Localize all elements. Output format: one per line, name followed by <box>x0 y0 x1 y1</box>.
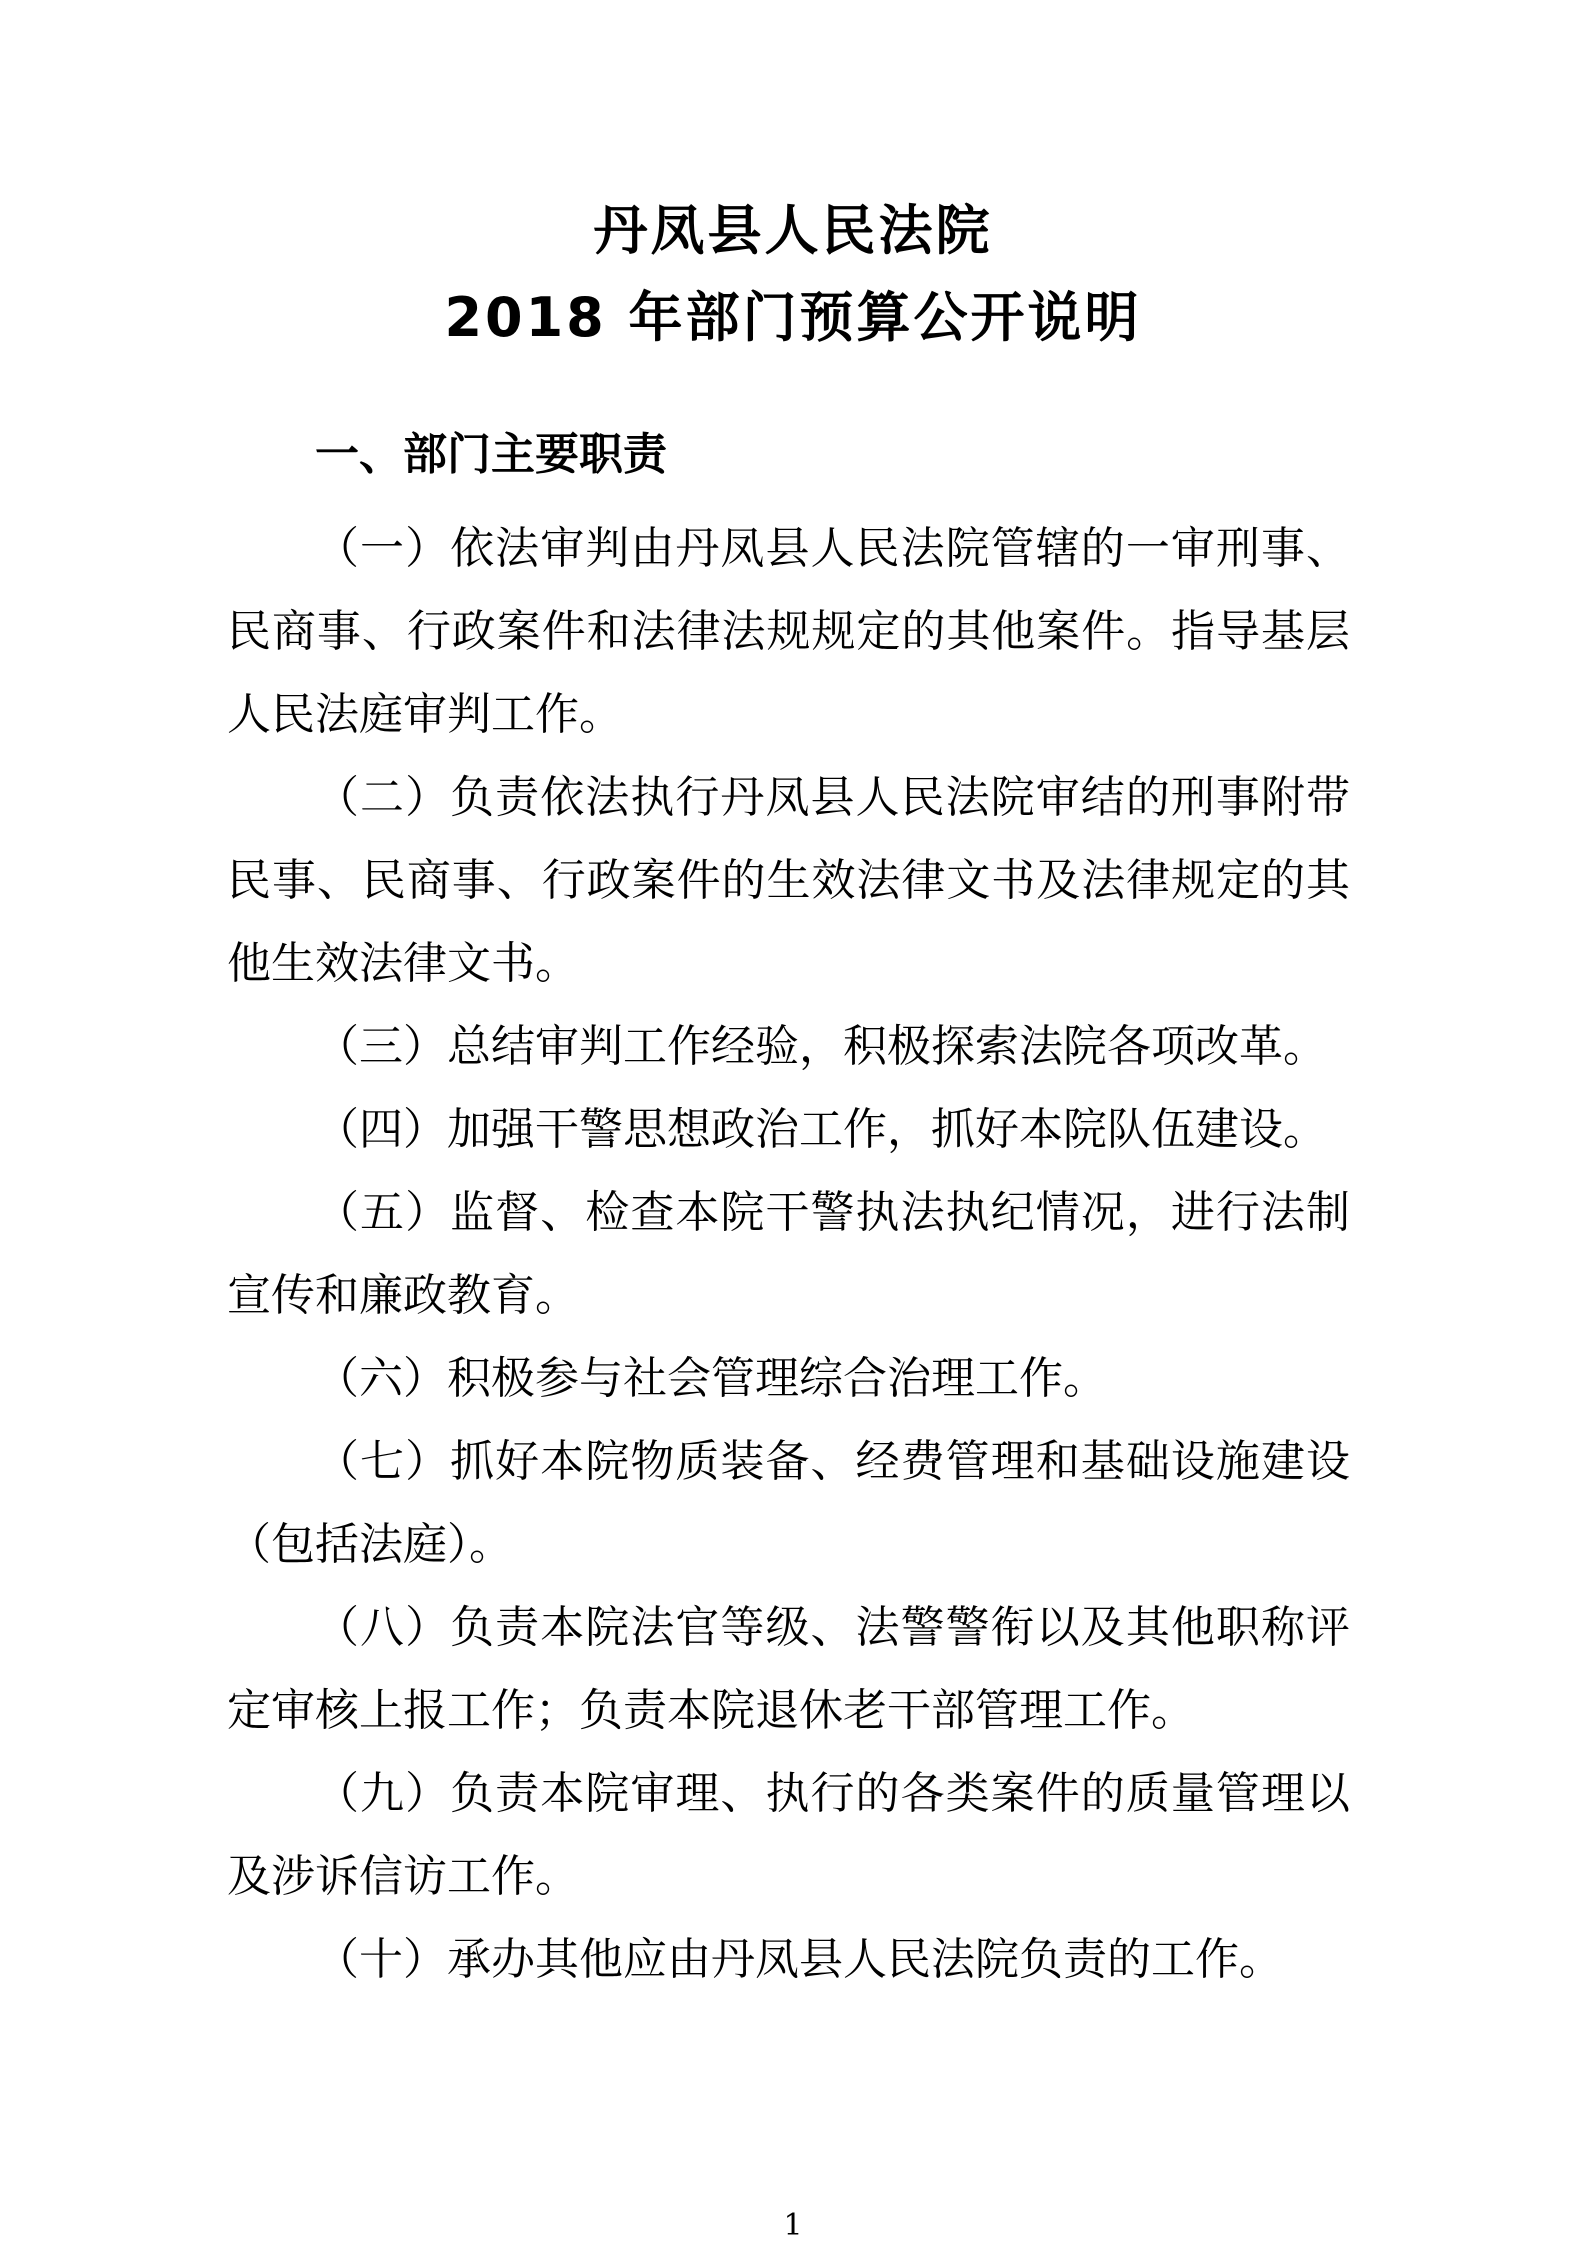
document-title-line1: 丹凤县人民法院 <box>0 187 1586 274</box>
paragraph: （九）负责本院审理、执行的各类案件的质量管理以及涉诉信访工作。 <box>227 1752 1350 1918</box>
paragraph: （六）积极参与社会管理综合治理工作。 <box>227 1337 1350 1420</box>
document-title-line2: 2018 年部门预算公开说明 <box>0 274 1586 361</box>
document-body: （一）依法审判由丹凤县人民法院管辖的一审刑事、民商事、行政案件和法律法规规定的其… <box>227 507 1350 2001</box>
paragraph: （一）依法审判由丹凤县人民法院管辖的一审刑事、民商事、行政案件和法律法规规定的其… <box>227 507 1350 756</box>
paragraph: （十）承办其他应由丹凤县人民法院负责的工作。 <box>227 1918 1350 2001</box>
paragraph: （三）总结审判工作经验，积极探索法院各项改革。 <box>227 1005 1350 1088</box>
paragraph: （七）抓好本院物质装备、经费管理和基础设施建设（包括法庭）。 <box>227 1420 1350 1586</box>
page-number: 1 <box>0 2210 1586 2242</box>
paragraph: （五）监督、检查本院干警执法执纪情况，进行法制宣传和廉政教育。 <box>227 1171 1350 1337</box>
document-page: 丹凤县人民法院 2018 年部门预算公开说明 一、部门主要职责 （一）依法审判由… <box>0 0 1586 2245</box>
document-title-block: 丹凤县人民法院 2018 年部门预算公开说明 <box>0 0 1586 361</box>
paragraph: （八）负责本院法官等级、法警警衔以及其他职称评定审核上报工作；负责本院退休老干部… <box>227 1586 1350 1752</box>
paragraph: （四）加强干警思想政治工作，抓好本院队伍建设。 <box>227 1088 1350 1171</box>
paragraph: （二）负责依法执行丹凤县人民法院审结的刑事附带民事、民商事、行政案件的生效法律文… <box>227 756 1350 1005</box>
section-heading: 一、部门主要职责 <box>227 413 1350 496</box>
